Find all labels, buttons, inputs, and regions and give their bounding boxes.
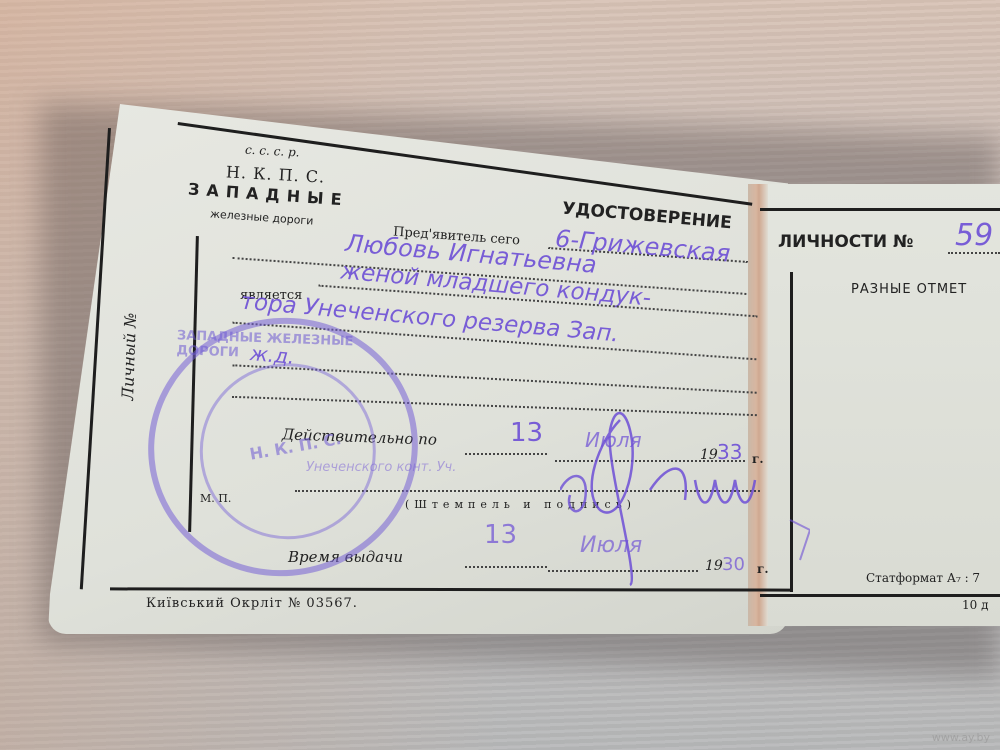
notes-section-title: РАЗНЫЕ ОТМЕТ	[851, 282, 967, 297]
ussr-label: с. с. с. р.	[245, 143, 300, 160]
signature	[560, 400, 810, 590]
footnote: 10 д	[962, 598, 988, 612]
valid-day-line	[465, 453, 547, 455]
right-frame-bottom	[760, 594, 1000, 597]
stat-format: Статформат А₇ : 7	[866, 571, 980, 585]
issue-day-line	[465, 566, 547, 568]
title-lichnosti: ЛИЧНОСТИ №	[778, 232, 913, 252]
personal-number-label: Личный №	[118, 312, 140, 400]
printer-imprint: Київський Окрліт № 03567.	[146, 596, 358, 611]
issue-day: 13	[484, 520, 517, 550]
cert-number-line	[948, 252, 1000, 254]
right-frame-top	[760, 208, 1000, 211]
stamp-ring-text: ЗАПАДНЫЕ ЖЕЛЕЗНЫЕ ДОРОГИ	[176, 328, 395, 366]
certificate-number: 59	[955, 218, 993, 253]
valid-day: 13	[510, 418, 543, 448]
watermark: www.ay.by	[932, 731, 990, 744]
